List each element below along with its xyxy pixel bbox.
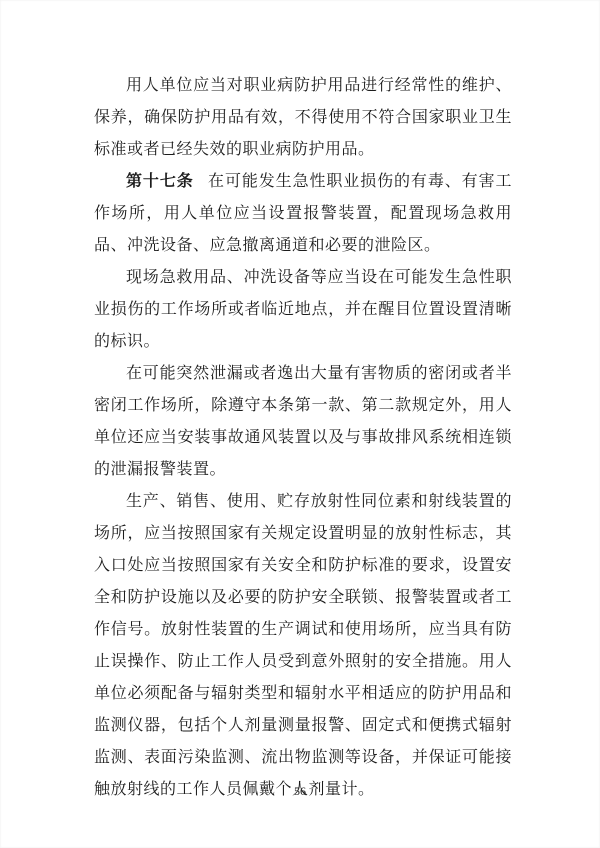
paragraph-text: 现场急救用品、冲洗设备等应当设在可能发生急性职业损伤的工作场所或者临近地点，并在… <box>94 269 512 350</box>
paragraph: 在可能突然泄漏或者逸出大量有害物质的密闭或者半密闭工作场所，除遵守本条第一款、第… <box>94 358 512 486</box>
page-number: 56 <box>294 784 306 798</box>
paragraph-article-17: 第十七条在可能发生急性职业损伤的有毒、有害工作场所，用人单位应当设置报警装置，配… <box>94 166 512 262</box>
paragraph-text: 用人单位应当对职业病防护用品进行经常性的维护、保养，确保防护用品有效，不得使用不… <box>94 77 512 158</box>
paragraph: 用人单位应当对职业病防护用品进行经常性的维护、保养，确保防护用品有效，不得使用不… <box>94 70 512 166</box>
paragraph: 生产、销售、使用、贮存放射性同位素和射线装置的场所，应当按照国家有关规定设置明显… <box>94 486 512 806</box>
paragraph: 现场急救用品、冲洗设备等应当设在可能发生急性职业损伤的工作场所或者临近地点，并在… <box>94 262 512 358</box>
document-page: 用人单位应当对职业病防护用品进行经常性的维护、保养，确保防护用品有效，不得使用不… <box>0 0 600 848</box>
article-number: 第十七条 <box>126 173 194 190</box>
paragraph-text: 在可能突然泄漏或者逸出大量有害物质的密闭或者半密闭工作场所，除遵守本条第一款、第… <box>94 365 512 478</box>
document-body: 用人单位应当对职业病防护用品进行经常性的维护、保养，确保防护用品有效，不得使用不… <box>94 70 512 806</box>
page-footer: 56 <box>0 782 600 800</box>
paragraph-text: 生产、销售、使用、贮存放射性同位素和射线装置的场所，应当按照国家有关规定设置明显… <box>94 493 512 798</box>
